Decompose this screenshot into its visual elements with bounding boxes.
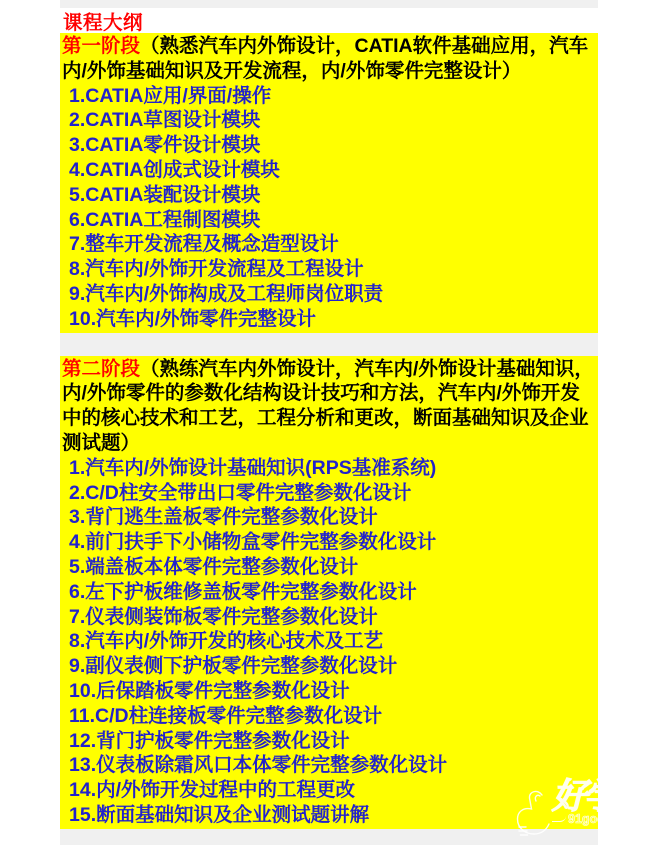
course-item: 10.后保踏板零件完整参数化设计 <box>69 679 596 704</box>
course-item: 10.汽车内/外饰零件完整设计 <box>69 307 596 332</box>
phase-2-header: 第二阶段（熟练汽车内外饰设计，汽车内/外饰设计基础知识，内/外饰零件的参数化结构… <box>62 357 596 456</box>
course-item: 7.仪表侧装饰板零件完整参数化设计 <box>69 605 596 630</box>
phase-1-description: （熟悉汽车内外饰设计，CATIA软件基础应用，汽车内/外饰基础知识及开发流程，内… <box>62 35 588 82</box>
course-item: 5.CATIA装配设计模块 <box>69 183 596 208</box>
course-item: 8.汽车内/外饰开发的核心技术及工艺 <box>69 629 596 654</box>
course-item: 11.C/D柱连接板零件完整参数化设计 <box>69 704 596 729</box>
phase-2-label: 第二阶段 <box>62 358 140 380</box>
phase-2-section: 第二阶段（熟练汽车内外饰设计，汽车内/外饰设计基础知识，内/外饰零件的参数化结构… <box>60 356 598 829</box>
course-item: 3.背门逃生盖板零件完整参数化设计 <box>69 505 596 530</box>
course-item: 1.汽车内/外饰设计基础知识(RPS基准系统) <box>69 456 596 481</box>
phase-1-item-list: 1.CATIA应用/界面/操作2.CATIA草图设计模块3.CATIA零件设计模… <box>62 84 596 332</box>
phase-1-section: 第一阶段（熟悉汽车内外饰设计，CATIA软件基础应用，汽车内/外饰基础知识及开发… <box>60 33 598 333</box>
course-item: 6.左下护板维修盖板零件完整参数化设计 <box>69 580 596 605</box>
course-item: 12.背门护板零件完整参数化设计 <box>69 729 596 754</box>
phase-2-item-list: 1.汽车内/外饰设计基础知识(RPS基准系统)2.C/D柱安全带出口零件完整参数… <box>62 456 596 828</box>
course-item: 4.前门扶手下小储物盒零件完整参数化设计 <box>69 530 596 555</box>
section-gap <box>60 333 598 356</box>
course-item: 1.CATIA应用/界面/操作 <box>69 84 596 109</box>
course-item: 9.副仪表侧下护板零件完整参数化设计 <box>69 654 596 679</box>
title-row: 课程大纲 <box>60 8 598 33</box>
course-item: 8.汽车内/外饰开发流程及工程设计 <box>69 257 596 282</box>
course-item: 14.内/外饰开发过程中的工程更改 <box>69 778 596 803</box>
content-column: 课程大纲 第一阶段（熟悉汽车内外饰设计，CATIA软件基础应用，汽车内/外饰基础… <box>60 0 598 845</box>
course-item: 3.CATIA零件设计模块 <box>69 133 596 158</box>
course-item: 2.CATIA草图设计模块 <box>69 108 596 133</box>
course-item: 5.端盖板本体零件完整参数化设计 <box>69 555 596 580</box>
course-item: 15.断面基础知识及企业测试题讲解 <box>69 803 596 828</box>
course-item: 6.CATIA工程制图模块 <box>69 208 596 233</box>
course-item: 13.仪表板除霜风口本体零件完整参数化设计 <box>69 753 596 778</box>
phase-1-label: 第一阶段 <box>62 35 140 57</box>
page-title: 课程大纲 <box>60 7 143 35</box>
phase-2-description: （熟练汽车内外饰设计，汽车内/外饰设计基础知识，内/外饰零件的参数化结构设计技巧… <box>62 358 594 454</box>
course-item: 4.CATIA创成式设计模块 <box>69 158 596 183</box>
course-item: 7.整车开发流程及概念造型设计 <box>69 232 596 257</box>
course-item: 9.汽车内/外饰构成及工程师岗位职责 <box>69 282 596 307</box>
course-item: 2.C/D柱安全带出口零件完整参数化设计 <box>69 481 596 506</box>
phase-1-header: 第一阶段（熟悉汽车内外饰设计，CATIA软件基础应用，汽车内/外饰基础知识及开发… <box>62 34 596 84</box>
